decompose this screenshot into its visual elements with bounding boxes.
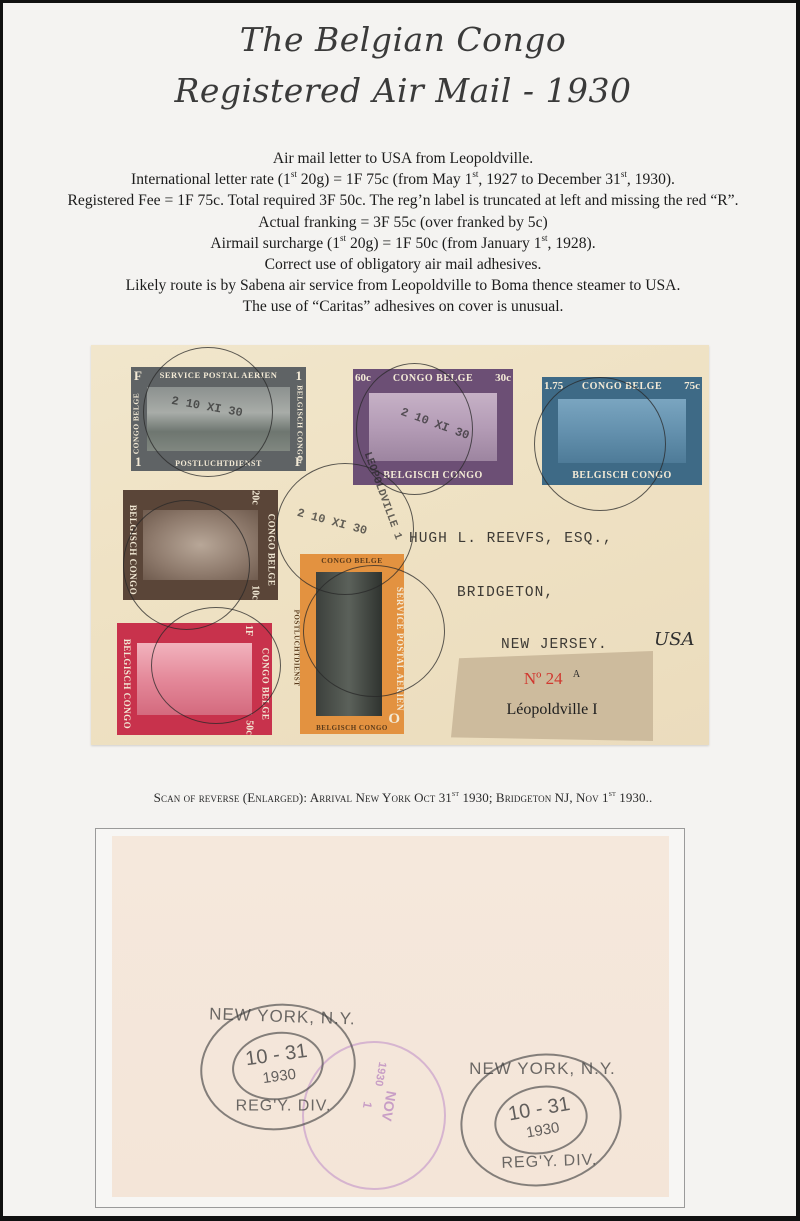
stamp-value: 20c bbox=[249, 490, 260, 504]
caption-text: 1930.. bbox=[616, 790, 652, 805]
stamp-value: F bbox=[134, 368, 142, 384]
description-line: Actual franking = 3F 55c (over franked b… bbox=[3, 212, 800, 233]
postmark-ring-top: NEW YORK, N.Y. bbox=[209, 1004, 356, 1029]
stamp-value: 60c bbox=[355, 372, 371, 384]
caption-text: 1930; Bridgeton NJ, Nov 1 bbox=[459, 790, 609, 805]
stamp-value: O bbox=[388, 711, 400, 728]
page-title: The Belgian Congo bbox=[3, 20, 800, 59]
caption-sup: st bbox=[609, 789, 616, 798]
description-line: International letter rate (1st 20g) = 1F… bbox=[3, 169, 800, 190]
address-line-city: BRIDGETON, bbox=[457, 585, 554, 601]
registration-number-suffix: A bbox=[573, 669, 580, 680]
registration-number-value: 24 bbox=[546, 669, 563, 688]
registration-label: Nº 24 A Léopoldville I bbox=[451, 651, 653, 741]
registration-number: Nº 24 A bbox=[451, 669, 653, 689]
stamp-text-right: BELGISCH CONGO bbox=[295, 385, 304, 461]
postmark-ring-top: NEW YORK, N.Y. bbox=[469, 1059, 616, 1079]
stamp-value: 10c bbox=[249, 585, 260, 599]
cover-reverse-frame: NOV 1 1930 10 - 31 1930 NEW YORK, N.Y. R… bbox=[95, 828, 685, 1208]
postmark-circle bbox=[151, 607, 281, 724]
address-line-state: NEW JERSEY. bbox=[501, 637, 608, 653]
stamp-text-left: BELGISCH CONGO bbox=[122, 639, 132, 729]
stamp-value: 30c bbox=[495, 372, 511, 384]
postmark-new-york: 10 - 31 1930 NEW YORK, N.Y. REG'Y. DIV. bbox=[450, 1041, 632, 1199]
description-line: Air mail letter to USA from Leopoldville… bbox=[3, 148, 800, 169]
stamp-text-left: POSTLUCHTDIENST bbox=[292, 610, 300, 687]
stamp-value: 1 bbox=[135, 454, 142, 470]
postmark-circle bbox=[534, 377, 666, 511]
description-line: Airmail surcharge (1st 20g) = 1F 50c (fr… bbox=[3, 233, 800, 254]
description-line: Registered Fee = 1F 75c. Total required … bbox=[3, 190, 800, 211]
address-line-name: HUGH L. REEVFS, ESQ., bbox=[409, 531, 613, 547]
postmark-ring-bottom: REG'Y. DIV. bbox=[236, 1098, 332, 1116]
description-line: Likely route is by Sabena air service fr… bbox=[3, 275, 800, 296]
stamp-value: 1 bbox=[296, 368, 303, 384]
page-subtitle: Registered Air Mail - 1930 bbox=[3, 71, 800, 110]
description-block: Air mail letter to USA from Leopoldville… bbox=[3, 148, 800, 318]
caption-sup: st bbox=[452, 789, 459, 798]
postmark-circle bbox=[303, 565, 445, 697]
registration-office: Léopoldville I bbox=[451, 701, 653, 719]
cover-reverse-image: NOV 1 1930 10 - 31 1930 NEW YORK, N.Y. R… bbox=[112, 836, 669, 1197]
postmark-ring-bottom: REG'Y. DIV. bbox=[501, 1152, 597, 1173]
cover-front-image: SERVICE POSTAL AERIEN POSTLUCHTDIENST CO… bbox=[91, 345, 709, 745]
stamp-text-left: CONGO BELGE bbox=[131, 393, 140, 455]
address-handwritten-country: USA bbox=[654, 629, 695, 650]
stamp-value: F bbox=[295, 454, 303, 470]
description-line: The use of “Caritas” adhesives on cover … bbox=[3, 296, 800, 317]
stamp-value: 75c bbox=[684, 380, 700, 392]
album-page: The Belgian Congo Registered Air Mail - … bbox=[3, 3, 796, 1216]
description-line: Correct use of obligatory air mail adhes… bbox=[3, 254, 800, 275]
registration-number-prefix: Nº bbox=[524, 669, 542, 688]
caption-text: Scan of reverse (Enlarged): Arrival New … bbox=[154, 790, 452, 805]
stamp-value: 50c bbox=[243, 720, 254, 734]
reverse-caption: Scan of reverse (Enlarged): Arrival New … bbox=[3, 790, 800, 806]
